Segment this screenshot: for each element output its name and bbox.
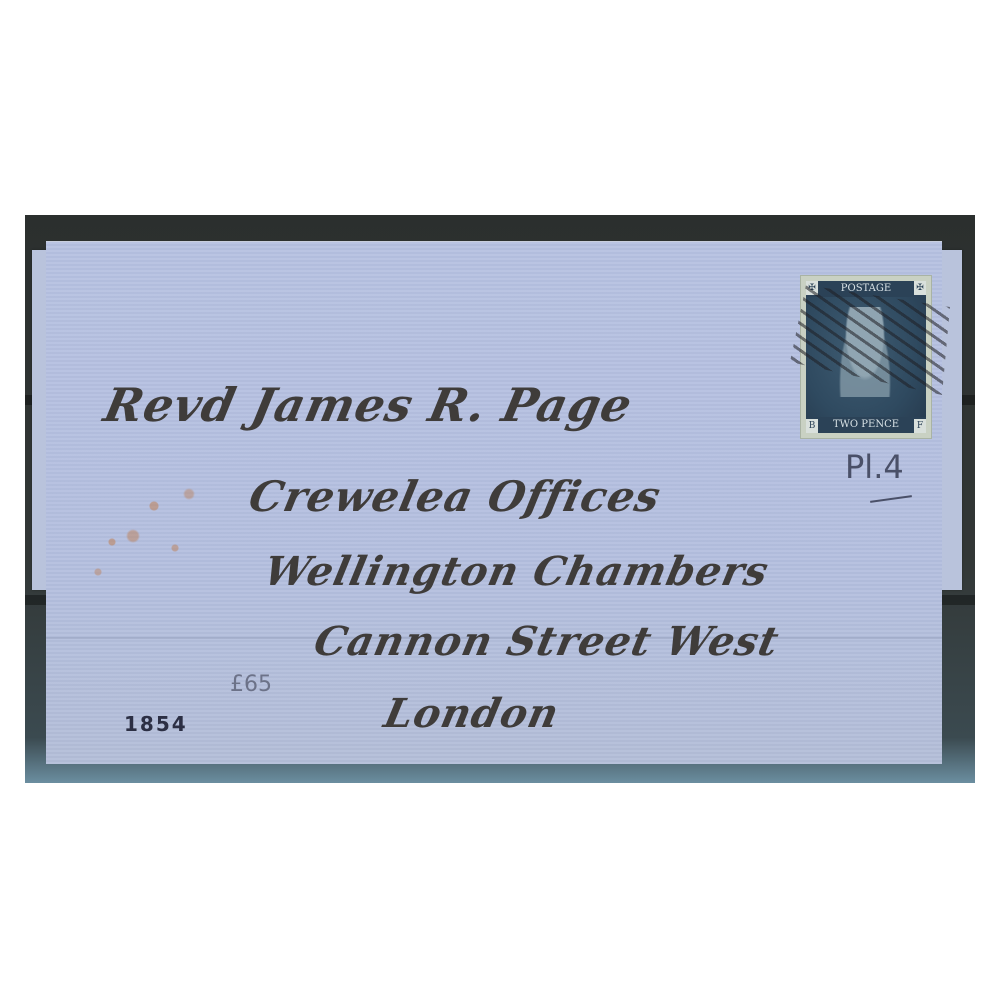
stamp-bottom-label: TWO PENCE <box>806 417 926 433</box>
address-line-city: London <box>380 690 564 737</box>
address-line-building: Wellington Chambers <box>260 548 773 595</box>
plate-annotation: Pl.4 <box>845 448 904 486</box>
stamp-corner-tr: ✠ <box>914 281 926 295</box>
address-line-office: Crewelea Offices <box>245 472 666 521</box>
stamp-corner-bl: B <box>806 419 818 433</box>
address-line-recipient: Revd James R. Page <box>99 378 637 432</box>
address-line-street: Cannon Street West <box>310 618 783 665</box>
postmark-stain <box>70 470 210 590</box>
price-annotation: £65 <box>230 672 272 697</box>
year-annotation: 1854 <box>124 712 188 736</box>
stamp-corner-br: F <box>914 419 926 433</box>
